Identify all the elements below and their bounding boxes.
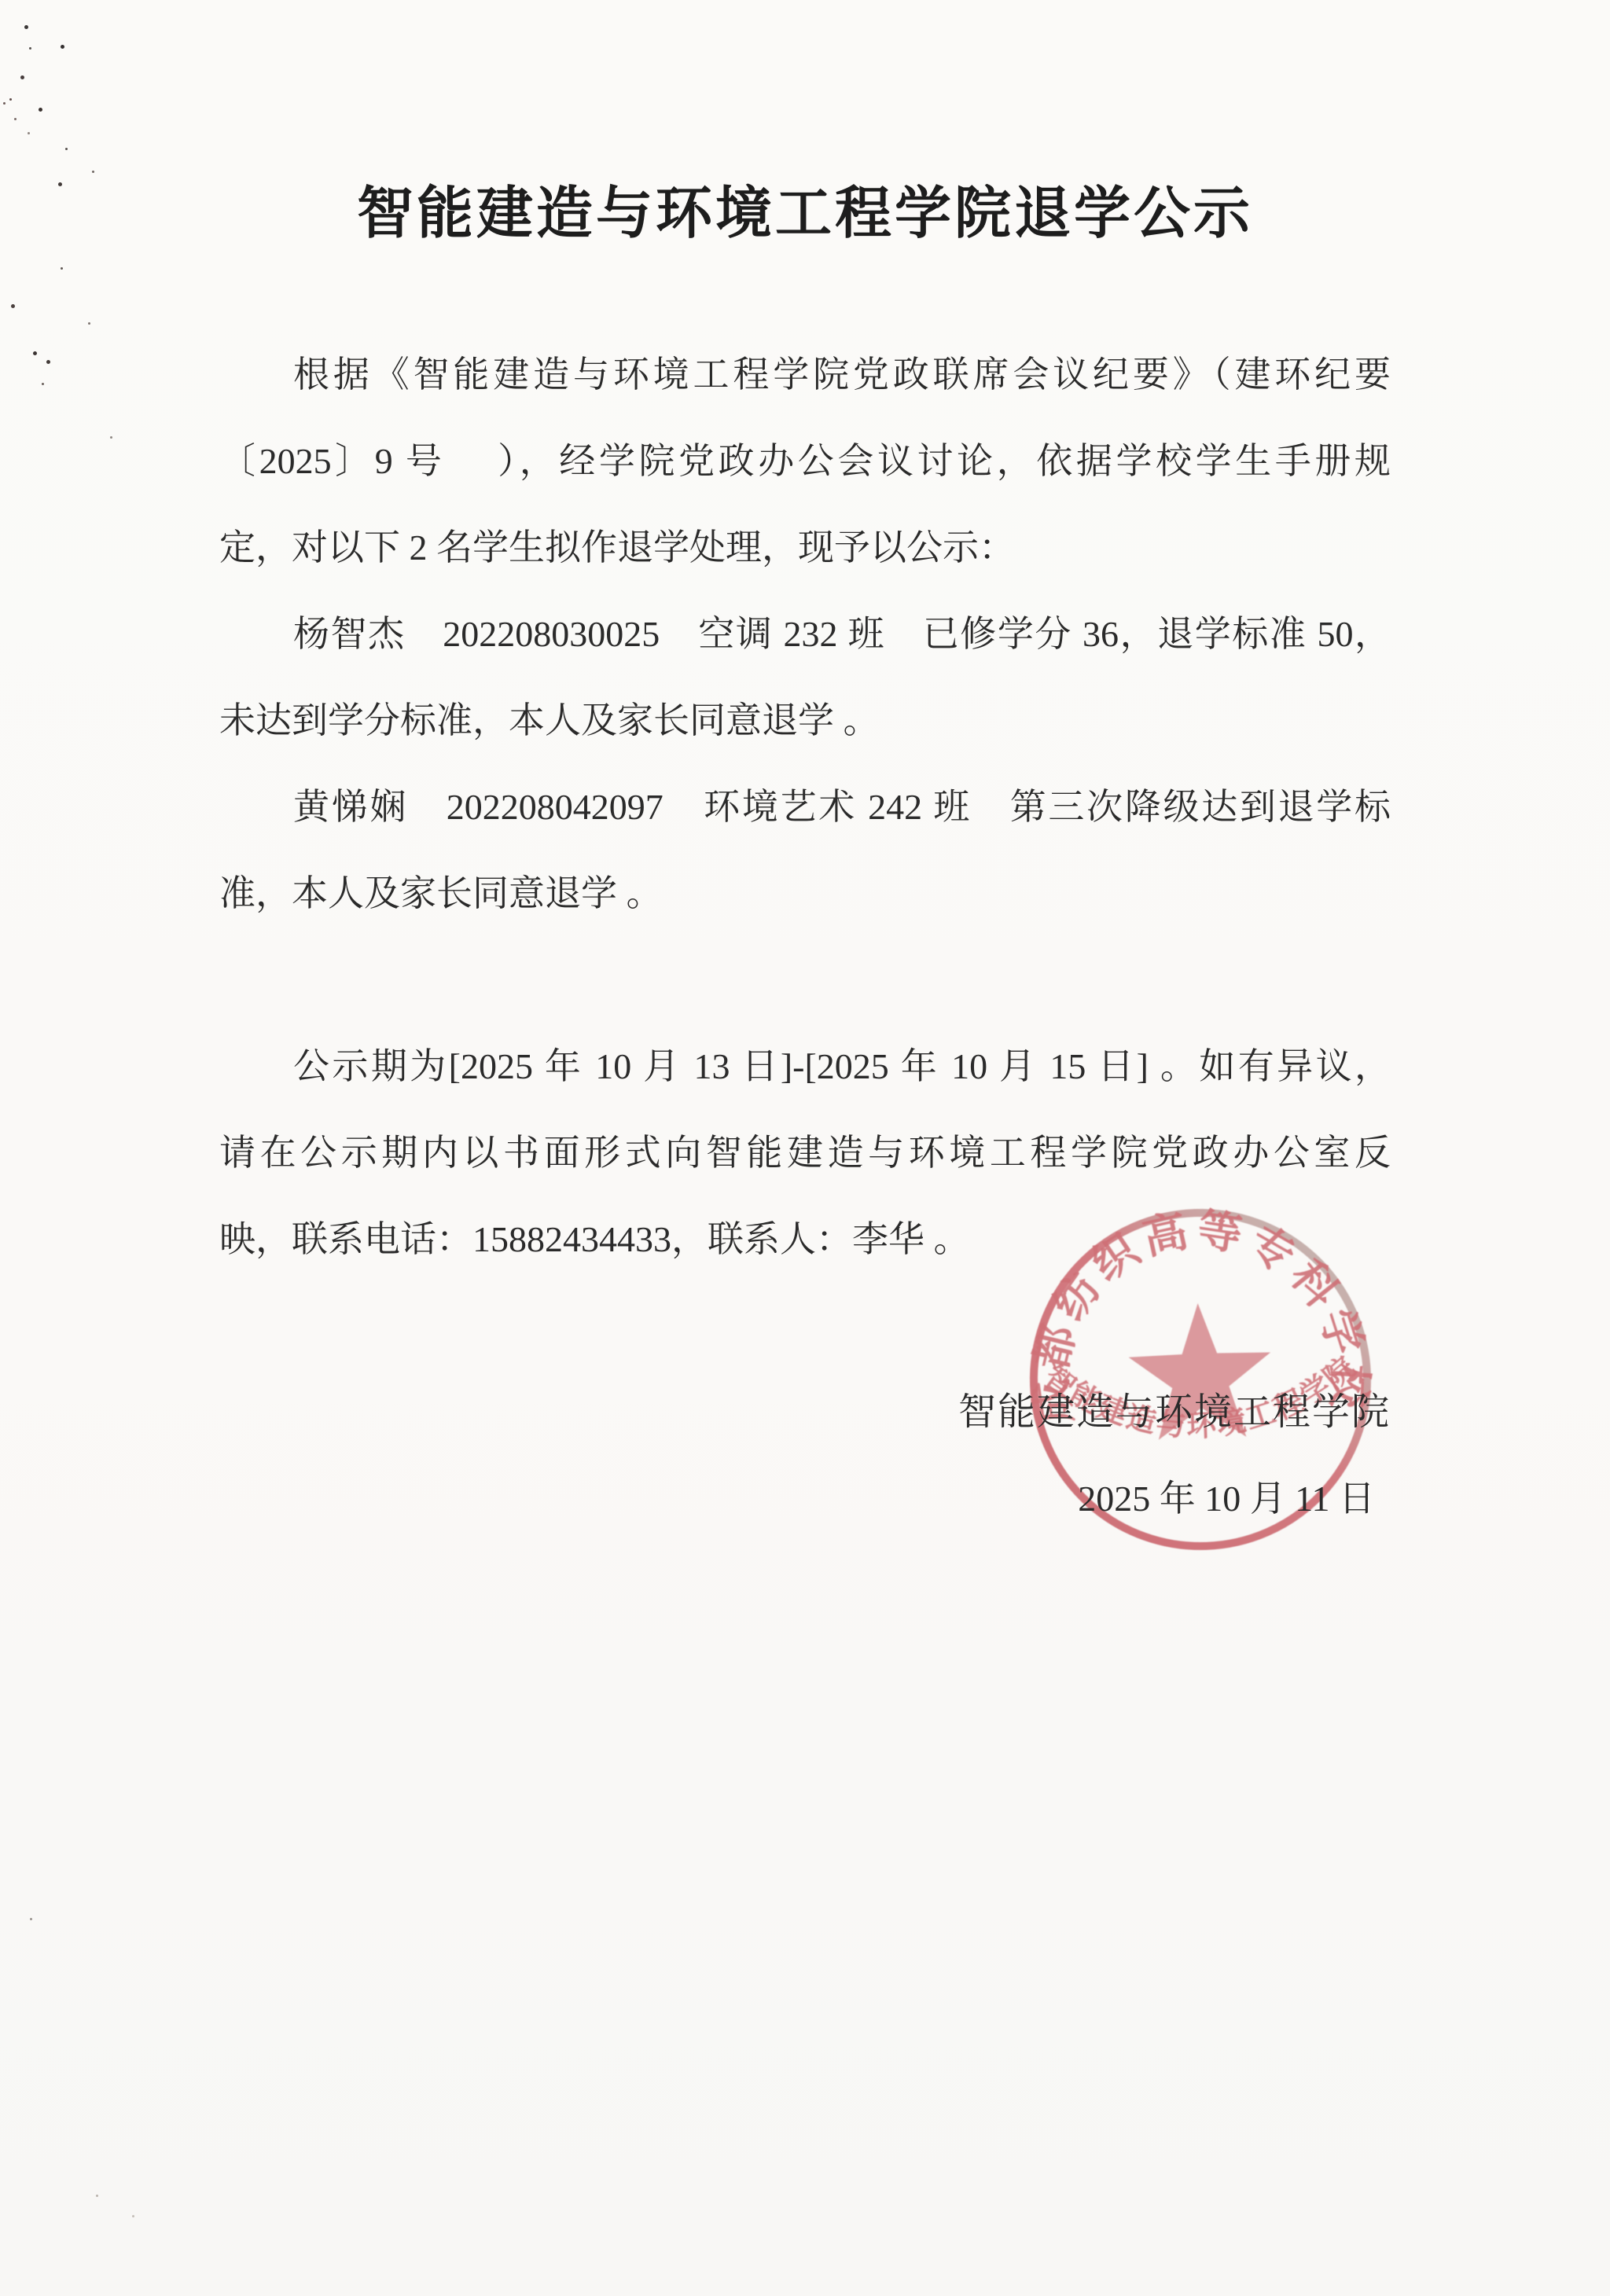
document-title: 智能建造与环境工程学院退学公示 bbox=[0, 0, 1610, 250]
body-line: 〔2025〕9 号 ），经学院党政办公会议讨论，依据学校学生手册规 bbox=[219, 418, 1391, 505]
body-line-notice: 映，联系电话：15882434433，联系人：李华 。 bbox=[219, 1196, 1391, 1283]
signature-line: 智能建造与环境工程学院 bbox=[219, 1369, 1391, 1456]
body-line-notice: 公示期为[2025 年 10 月 13 日]-[2025 年 10 月 15 日… bbox=[219, 1023, 1391, 1110]
body-line-student2: 准，本人及家长同意退学 。 bbox=[219, 850, 1391, 937]
body-line-student2: 黄悌娴 202208042097 环境艺术 242 班 第三次降级达到退学标 bbox=[219, 764, 1391, 850]
body-line-student1: 杨智杰 202208030025 空调 232 班 已修学分 36，退学标准 5… bbox=[219, 591, 1391, 678]
body-line: 根据《智能建造与环境工程学院党政联席会议纪要》（建环纪要 bbox=[219, 332, 1391, 418]
date-line: 2025 年 10 月 11 日 bbox=[219, 1456, 1391, 1542]
signature-block: 智能建造与环境工程学院 2025 年 10 月 11 日 bbox=[219, 1369, 1391, 1542]
body-line-notice: 请在公示期内以书面形式向智能建造与环境工程学院党政办公室反 bbox=[219, 1110, 1391, 1196]
body-line: 定，对以下 2 名学生拟作退学处理，现予以公示： bbox=[219, 505, 1391, 591]
paragraph-gap bbox=[219, 937, 1391, 1023]
scanned-document-page: 智能建造与环境工程学院退学公示 根据《智能建造与环境工程学院党政联席会议纪要》（… bbox=[0, 0, 1610, 2296]
document-body: 根据《智能建造与环境工程学院党政联席会议纪要》（建环纪要 〔2025〕9 号 ）… bbox=[219, 332, 1391, 1283]
body-line-student1: 未达到学分标准，本人及家长同意退学 。 bbox=[219, 678, 1391, 764]
